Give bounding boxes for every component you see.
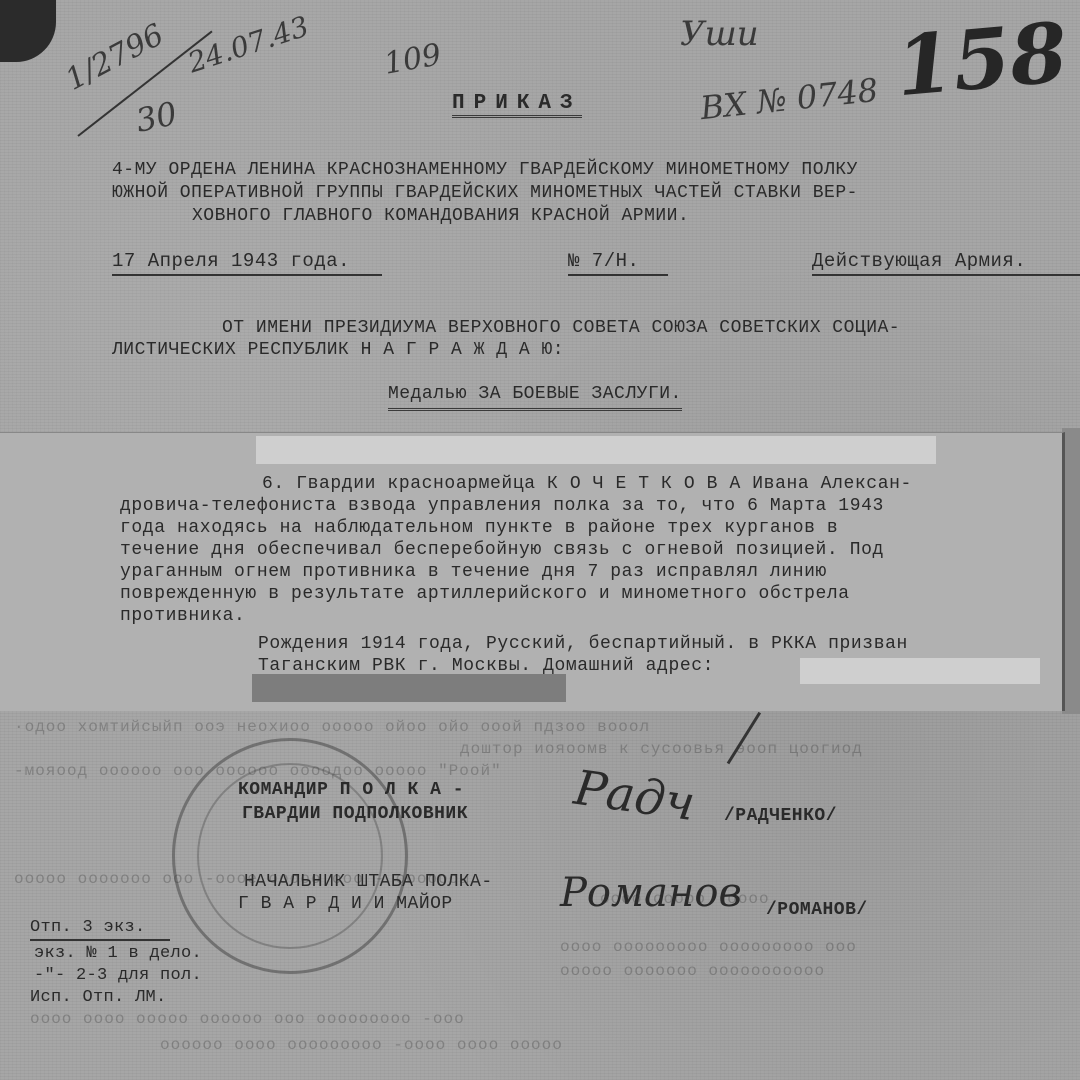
bio-line: Рождения 1914 года, Русский, беспартийны…: [258, 634, 908, 654]
order-location: Действующая Армия.: [812, 250, 1080, 276]
citation-line: дровича-телефониста взвода управления по…: [120, 496, 884, 516]
bleed-through-text: ооооо ооооооо ооооооооооо: [560, 962, 825, 980]
preamble-line: ЛИСТИЧЕСКИХ РЕСПУБЛИК Н А Г Р А Ж Д А Ю:: [112, 340, 564, 360]
addressee-line: 4-МУ ОРДЕНА ЛЕНИНА КРАСНОЗНАМЕННОМУ ГВАР…: [112, 160, 858, 180]
signature-title: ГВАРДИИ ПОДПОЛКОВНИК: [242, 804, 468, 824]
handwritten-page-number: 158: [892, 5, 1071, 116]
citation-line: противника.: [120, 606, 245, 626]
signature-title: Г В А Р Д И И МАЙОР: [238, 894, 453, 914]
distribution-line: Исп. Отп. ЛМ.: [30, 988, 167, 1007]
addressee-line: ХОВНОГО ГЛАВНОГО КОМАНДОВАНИЯ КРАСНОЙ АР…: [192, 206, 689, 226]
addressee-line: ЮЖНОЙ ОПЕРАТИВНОЙ ГРУППЫ ГВАРДЕЙСКИХ МИН…: [112, 183, 858, 203]
bleed-through-text: ·одоо хомтийсыйп ооэ неохиоо ооооо ойоо …: [14, 718, 650, 736]
signatory-name: /РОМАНОВ/: [766, 900, 868, 920]
citation-line: течение дня обеспечивал бесперебойную св…: [120, 540, 884, 560]
document-title: ПРИКАЗ: [452, 92, 582, 118]
bleed-through-text: оооо ооооооооо ооооооооо ооо: [560, 938, 857, 956]
order-date: 17 Апреля 1943 года.: [112, 250, 382, 276]
redaction-bar: [256, 436, 936, 464]
bleed-through-text: доштор иояоомв к сусоовья эооп цоогиод: [460, 740, 863, 758]
citation-line: года находясь на наблюдательном пункте в…: [120, 518, 838, 538]
bleed-through-text: оооооо оооо ооооооооо -оооо оооо ооооо: [160, 1036, 563, 1054]
citation-line: поврежденную в результате артиллерийског…: [120, 584, 850, 604]
handwritten-signature: Романов: [560, 870, 742, 916]
bleed-through-text: оооо оооо ооооо оооооо ооо ооооооооо -оо…: [30, 1010, 465, 1028]
distribution-line: экз. № 1 в дело.: [34, 944, 202, 963]
redaction-bar: [252, 674, 566, 702]
distribution-line: Отп. 3 экз.: [30, 918, 170, 941]
handwritten-scribble: Уши: [680, 14, 759, 54]
order-number: № 7/Н.: [568, 250, 668, 276]
citation-line: ураганным огнем противника в течение дня…: [120, 562, 827, 582]
award-name: Медалью ЗА БОЕВЫЕ ЗАСЛУГИ.: [388, 384, 682, 411]
signatory-name: /РАДЧЕНКО/: [724, 806, 837, 826]
preamble-line: ОТ ИМЕНИ ПРЕЗИДИУМА ВЕРХОВНОГО СОВЕТА СО…: [222, 318, 900, 338]
bio-line: Таганским РВК г. Москвы. Домашний адрес:: [258, 656, 714, 676]
redaction-bar: [800, 658, 1040, 684]
citation-line: 6. Гвардии красноармейца К О Ч Е Т К О В…: [262, 474, 912, 494]
official-stamp: [172, 738, 408, 974]
signature-title: КОМАНДИР П О Л К А -: [238, 780, 464, 800]
signature-title: НАЧАЛЬНИК ШТАБА ПОЛКА-: [244, 872, 493, 892]
distribution-line: -"- 2-3 для пол.: [34, 966, 202, 985]
